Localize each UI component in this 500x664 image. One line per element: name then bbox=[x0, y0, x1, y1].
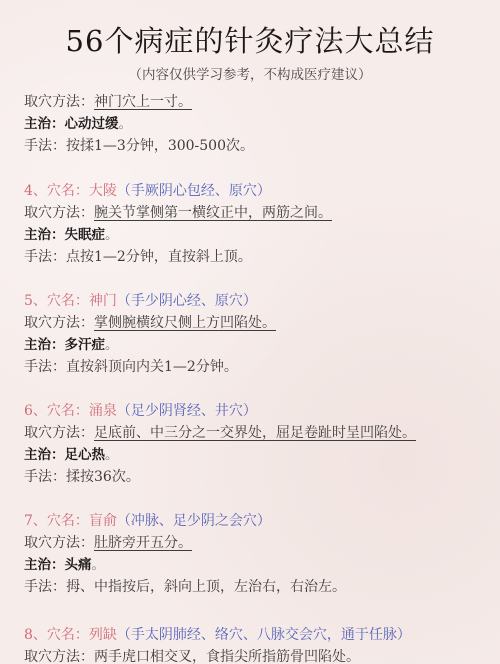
location-line: 取穴方法：两手虎口相交叉，食指尖所指筋骨凹陷处。 bbox=[24, 647, 370, 664]
location-line: 取穴方法：腕关节掌侧第一横纹正中，两筋之间。 bbox=[24, 203, 342, 223]
point-name: 神门 bbox=[89, 293, 117, 309]
indication-text: 足心热 bbox=[65, 447, 106, 463]
point-meridian: （手厥阴心包经、原穴） bbox=[117, 183, 271, 199]
location-label: 取穴方法： bbox=[24, 535, 94, 551]
technique-text: 揉按36次。 bbox=[66, 469, 140, 485]
point-heading: 5、穴名：神门（手少阴心经、原穴） bbox=[24, 291, 257, 311]
location-text: 足底前、中三分之一交界处，屈足卷趾时呈凹陷处。 bbox=[94, 425, 426, 441]
indication-text: 失眠症 bbox=[65, 227, 106, 243]
technique-text: 直按斜顶向内关1—2分钟。 bbox=[66, 359, 238, 375]
point-name: 列缺 bbox=[89, 627, 117, 643]
location-text: 肚脐旁开五分。 bbox=[94, 535, 202, 551]
technique-text: 拇、中指按后，斜向上顶，左治右，右治左。 bbox=[66, 579, 346, 595]
technique-line: 手法：直按斜顶向内关1—2分钟。 bbox=[24, 357, 238, 377]
page-subtitle: （内容仅供学习参考，不构成医疗建议） bbox=[0, 63, 500, 83]
indication-text: 头痛 bbox=[65, 557, 92, 573]
indication-line: 主治：头痛。 bbox=[24, 555, 105, 575]
point-name: 大陵 bbox=[89, 183, 117, 199]
technique-label: 手法： bbox=[24, 359, 66, 375]
point-number: 8、 bbox=[24, 627, 47, 643]
location-text: 掌侧腕横纹尺侧上方凹陷处。 bbox=[94, 315, 286, 331]
indication-label: 主治： bbox=[24, 447, 65, 463]
period: 。 bbox=[105, 447, 119, 463]
location-label: 取穴方法： bbox=[24, 94, 94, 110]
technique-label: 手法： bbox=[24, 579, 66, 595]
point-number: 5、 bbox=[24, 293, 47, 309]
location-label: 取穴方法： bbox=[24, 425, 94, 441]
point-number: 4、 bbox=[24, 183, 47, 199]
technique-line: 手法：点按1—2分钟，直按斜上顶。 bbox=[24, 247, 252, 267]
indication-label: 主治： bbox=[24, 227, 65, 243]
page-title: 56个病症的针灸疗法大总结 bbox=[0, 19, 500, 60]
indication-line: 主治：足心热。 bbox=[24, 445, 119, 465]
indication-line: 主治：失眠症。 bbox=[24, 225, 119, 245]
location-label: 取穴方法： bbox=[24, 315, 94, 331]
point-label: 穴名： bbox=[47, 513, 89, 529]
technique-label: 手法： bbox=[24, 469, 66, 485]
location-line: 取穴方法：肚脐旁开五分。 bbox=[24, 533, 202, 553]
location-line: 取穴方法：足底前、中三分之一交界处，屈足卷趾时呈凹陷处。 bbox=[24, 423, 426, 443]
indication-text: 心动过缓 bbox=[65, 116, 119, 132]
technique-text: 按揉1—3分钟，300-500次。 bbox=[66, 138, 254, 154]
point-number: 6、 bbox=[24, 403, 47, 419]
location-text: 腕关节掌侧第一横纹正中，两筋之间。 bbox=[94, 205, 342, 221]
period: 。 bbox=[119, 116, 133, 132]
indication-line: 主治：多汗症。 bbox=[24, 335, 119, 355]
point-number: 7、 bbox=[24, 513, 47, 529]
indication-text: 多汗症 bbox=[65, 337, 106, 353]
technique-label: 手法： bbox=[24, 249, 66, 265]
point-meridian: （手太阴肺经、络穴、八脉交会穴，通于任脉） bbox=[117, 627, 411, 643]
location-label: 取穴方法： bbox=[24, 205, 94, 221]
location-line: 取穴方法：神门穴上一寸。 bbox=[24, 92, 202, 112]
point-heading: 8、穴名：列缺（手太阴肺经、络穴、八脉交会穴，通于任脉） bbox=[24, 625, 411, 645]
location-label: 取穴方法： bbox=[24, 649, 94, 664]
point-meridian: （足少阴肾经、井穴） bbox=[117, 403, 257, 419]
technique-label: 手法： bbox=[24, 138, 66, 154]
point-heading: 6、穴名：涌泉（足少阴肾经、井穴） bbox=[24, 401, 257, 421]
point-label: 穴名： bbox=[47, 403, 89, 419]
location-text: 神门穴上一寸。 bbox=[94, 94, 202, 110]
point-label: 穴名： bbox=[47, 293, 89, 309]
location-line: 取穴方法：掌侧腕横纹尺侧上方凹陷处。 bbox=[24, 313, 286, 333]
point-meridian: （手少阴心经、原穴） bbox=[117, 293, 257, 309]
location-text: 两手虎口相交叉，食指尖所指筋骨凹陷处。 bbox=[94, 649, 370, 664]
indication-line: 主治：心动过缓。 bbox=[24, 114, 132, 134]
technique-line: 手法：按揉1—3分钟，300-500次。 bbox=[24, 136, 254, 156]
period: 。 bbox=[105, 227, 119, 243]
indication-label: 主治： bbox=[24, 337, 65, 353]
technique-line: 手法：揉按36次。 bbox=[24, 467, 140, 487]
technique-line: 手法：拇、中指按后，斜向上顶，左治右，右治左。 bbox=[24, 577, 346, 597]
period: 。 bbox=[92, 557, 106, 573]
point-name: 盲俞 bbox=[89, 513, 117, 529]
point-label: 穴名： bbox=[47, 627, 89, 643]
point-name: 涌泉 bbox=[89, 403, 117, 419]
point-heading: 7、穴名：盲俞（冲脉、足少阴之会穴） bbox=[24, 511, 271, 531]
point-meridian: （冲脉、足少阴之会穴） bbox=[117, 513, 271, 529]
indication-label: 主治： bbox=[24, 557, 65, 573]
point-label: 穴名： bbox=[47, 183, 89, 199]
point-heading: 4、穴名：大陵（手厥阴心包经、原穴） bbox=[24, 181, 271, 201]
period: 。 bbox=[105, 337, 119, 353]
technique-text: 点按1—2分钟，直按斜上顶。 bbox=[66, 249, 252, 265]
indication-label: 主治： bbox=[24, 116, 65, 132]
